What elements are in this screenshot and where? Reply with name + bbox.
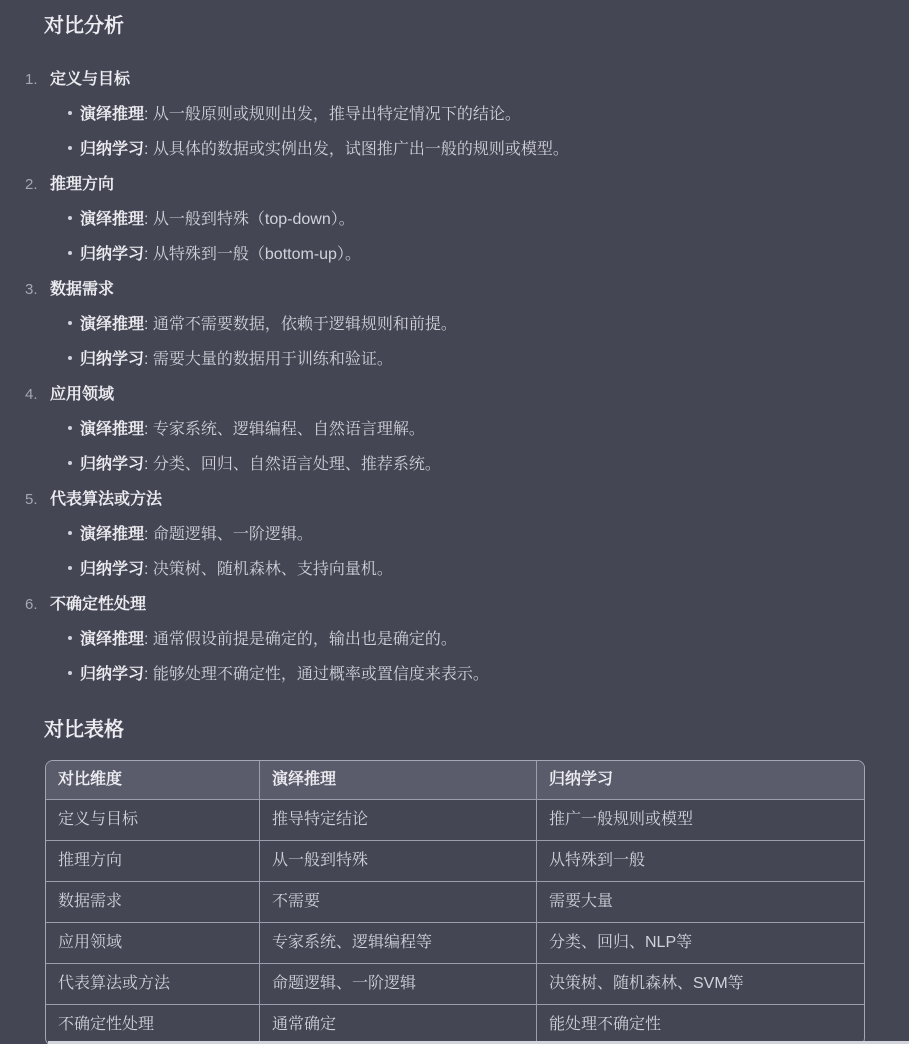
table-row: 代表算法或方法 命题逻辑、一阶逻辑 决策树、随机森林、SVM等 <box>46 964 864 1005</box>
bullet-label: 演绎推理 <box>80 106 144 123</box>
table-cell: 需要大量 <box>537 882 864 923</box>
bullet-item: 归纳学习: 从特殊到一般（bottom-up）。 <box>68 237 909 272</box>
list-number: 5. <box>25 482 50 517</box>
bullet-text: : 从一般原则或规则出发，推导出特定情况下的结论。 <box>144 106 521 123</box>
bullet-label: 归纳学习 <box>80 456 144 473</box>
bullet-label: 归纳学习 <box>80 351 144 368</box>
bullet-text: : 从特殊到一般（bottom-up）。 <box>144 246 361 263</box>
bullet-label: 归纳学习 <box>80 561 144 578</box>
bullet-text: : 决策树、随机森林、支持向量机。 <box>144 561 393 578</box>
list-item: 1.定义与目标 演绎推理: 从一般原则或规则出发，推导出特定情况下的结论。 归纳… <box>25 62 909 167</box>
table-cell: 命题逻辑、一阶逻辑 <box>260 964 537 1005</box>
list-heading: 代表算法或方法 <box>50 491 162 508</box>
table-header-row: 对比维度 演绎推理 归纳学习 <box>46 761 864 800</box>
table-header-cell: 对比维度 <box>46 761 260 800</box>
list-number: 1. <box>25 62 50 97</box>
bullet-label: 演绎推理 <box>80 421 144 438</box>
comparison-table: 对比维度 演绎推理 归纳学习 定义与目标 推导特定结论 推广一般规则或模型 推理… <box>46 761 864 1044</box>
table-cell: 不确定性处理 <box>46 1005 260 1044</box>
table-cell: 代表算法或方法 <box>46 964 260 1005</box>
bullet-icon <box>68 636 72 640</box>
table-section-title: 对比表格 <box>0 692 909 744</box>
table-row: 不确定性处理 通常确定 能处理不确定性 <box>46 1005 864 1044</box>
bullet-text: : 命题逻辑、一阶逻辑。 <box>144 526 313 543</box>
list-heading: 数据需求 <box>50 281 114 298</box>
bullet-text: : 从一般到特殊（top-down）。 <box>144 211 355 228</box>
bullet-text: : 通常假设前提是确定的，输出也是确定的。 <box>144 631 457 648</box>
bullet-text: : 专家系统、逻辑编程、自然语言理解。 <box>144 421 425 438</box>
bullet-icon <box>68 251 72 255</box>
bullet-label: 归纳学习 <box>80 141 144 158</box>
bullet-item: 演绎推理: 通常不需要数据，依赖于逻辑规则和前提。 <box>68 307 909 342</box>
table-row: 定义与目标 推导特定结论 推广一般规则或模型 <box>46 800 864 841</box>
analysis-title: 对比分析 <box>0 0 909 40</box>
bullet-label: 归纳学习 <box>80 666 144 683</box>
table-cell: 决策树、随机森林、SVM等 <box>537 964 864 1005</box>
table-row: 应用领域 专家系统、逻辑编程等 分类、回归、NLP等 <box>46 923 864 964</box>
table-cell: 从一般到特殊 <box>260 841 537 882</box>
bullet-icon <box>68 426 72 430</box>
chat-message-content: 对比分析 1.定义与目标 演绎推理: 从一般原则或规则出发，推导出特定情况下的结… <box>0 0 909 1044</box>
bullet-item: 演绎推理: 通常假设前提是确定的，输出也是确定的。 <box>68 622 909 657</box>
list-item: 6.不确定性处理 演绎推理: 通常假设前提是确定的，输出也是确定的。 归纳学习:… <box>25 587 909 692</box>
bullet-icon <box>68 671 72 675</box>
bullet-label: 演绎推理 <box>80 526 144 543</box>
table-cell: 能处理不确定性 <box>537 1005 864 1044</box>
table-cell: 数据需求 <box>46 882 260 923</box>
table-cell: 通常确定 <box>260 1005 537 1044</box>
bullet-item: 演绎推理: 从一般原则或规则出发，推导出特定情况下的结论。 <box>68 97 909 132</box>
list-item: 4.应用领域 演绎推理: 专家系统、逻辑编程、自然语言理解。 归纳学习: 分类、… <box>25 377 909 482</box>
bullet-icon <box>68 146 72 150</box>
bullet-icon <box>68 566 72 570</box>
table-cell: 分类、回归、NLP等 <box>537 923 864 964</box>
table-cell: 推导特定结论 <box>260 800 537 841</box>
bullet-item: 归纳学习: 能够处理不确定性，通过概率或置信度来表示。 <box>68 657 909 692</box>
table-cell: 推广一般规则或模型 <box>537 800 864 841</box>
list-item: 2.推理方向 演绎推理: 从一般到特殊（top-down）。 归纳学习: 从特殊… <box>25 167 909 272</box>
table-cell: 从特殊到一般 <box>537 841 864 882</box>
bullet-label: 演绎推理 <box>80 211 144 228</box>
bullet-item: 演绎推理: 从一般到特殊（top-down）。 <box>68 202 909 237</box>
bullet-item: 归纳学习: 分类、回归、自然语言处理、推荐系统。 <box>68 447 909 482</box>
table-header-cell: 归纳学习 <box>537 761 864 800</box>
table-cell: 定义与目标 <box>46 800 260 841</box>
bullet-text: : 通常不需要数据，依赖于逻辑规则和前提。 <box>144 316 457 333</box>
bullet-text: : 需要大量的数据用于训练和验证。 <box>144 351 393 368</box>
bullet-list: 演绎推理: 专家系统、逻辑编程、自然语言理解。 归纳学习: 分类、回归、自然语言… <box>68 412 909 482</box>
bullet-item: 归纳学习: 需要大量的数据用于训练和验证。 <box>68 342 909 377</box>
bullet-icon <box>68 111 72 115</box>
list-number: 4. <box>25 377 50 412</box>
list-number: 2. <box>25 167 50 202</box>
bullet-text: : 分类、回归、自然语言处理、推荐系统。 <box>144 456 441 473</box>
bullet-icon <box>68 356 72 360</box>
bullet-icon <box>68 216 72 220</box>
table-cell: 推理方向 <box>46 841 260 882</box>
bullet-list: 演绎推理: 通常不需要数据，依赖于逻辑规则和前提。 归纳学习: 需要大量的数据用… <box>68 307 909 377</box>
table-cell: 应用领域 <box>46 923 260 964</box>
comparison-table-container: 对比维度 演绎推理 归纳学习 定义与目标 推导特定结论 推广一般规则或模型 推理… <box>45 760 865 1044</box>
bullet-list: 演绎推理: 命题逻辑、一阶逻辑。 归纳学习: 决策树、随机森林、支持向量机。 <box>68 517 909 587</box>
table-cell: 专家系统、逻辑编程等 <box>260 923 537 964</box>
list-heading: 不确定性处理 <box>50 596 146 613</box>
bullet-icon <box>68 461 72 465</box>
analysis-list: 1.定义与目标 演绎推理: 从一般原则或规则出发，推导出特定情况下的结论。 归纳… <box>25 62 909 692</box>
bullet-list: 演绎推理: 从一般到特殊（top-down）。 归纳学习: 从特殊到一般（bot… <box>68 202 909 272</box>
list-number: 3. <box>25 272 50 307</box>
list-heading: 应用领域 <box>50 386 114 403</box>
bullet-label: 演绎推理 <box>80 316 144 333</box>
list-item: 3.数据需求 演绎推理: 通常不需要数据，依赖于逻辑规则和前提。 归纳学习: 需… <box>25 272 909 377</box>
list-heading: 推理方向 <box>50 176 114 193</box>
list-number: 6. <box>25 587 50 622</box>
bullet-list: 演绎推理: 通常假设前提是确定的，输出也是确定的。 归纳学习: 能够处理不确定性… <box>68 622 909 692</box>
bullet-item: 演绎推理: 专家系统、逻辑编程、自然语言理解。 <box>68 412 909 447</box>
list-item: 5.代表算法或方法 演绎推理: 命题逻辑、一阶逻辑。 归纳学习: 决策树、随机森… <box>25 482 909 587</box>
table-cell: 不需要 <box>260 882 537 923</box>
bullet-icon <box>68 321 72 325</box>
bullet-list: 演绎推理: 从一般原则或规则出发，推导出特定情况下的结论。 归纳学习: 从具体的… <box>68 97 909 167</box>
bullet-item: 归纳学习: 决策树、随机森林、支持向量机。 <box>68 552 909 587</box>
bullet-item: 归纳学习: 从具体的数据或实例出发，试图推广出一般的规则或模型。 <box>68 132 909 167</box>
bullet-text: : 从具体的数据或实例出发，试图推广出一般的规则或模型。 <box>144 141 569 158</box>
list-heading: 定义与目标 <box>50 71 130 88</box>
bullet-item: 演绎推理: 命题逻辑、一阶逻辑。 <box>68 517 909 552</box>
table-row: 数据需求 不需要 需要大量 <box>46 882 864 923</box>
table-header-cell: 演绎推理 <box>260 761 537 800</box>
table-row: 推理方向 从一般到特殊 从特殊到一般 <box>46 841 864 882</box>
bullet-label: 归纳学习 <box>80 246 144 263</box>
bullet-text: : 能够处理不确定性，通过概率或置信度来表示。 <box>144 666 489 683</box>
bullet-label: 演绎推理 <box>80 631 144 648</box>
bullet-icon <box>68 531 72 535</box>
